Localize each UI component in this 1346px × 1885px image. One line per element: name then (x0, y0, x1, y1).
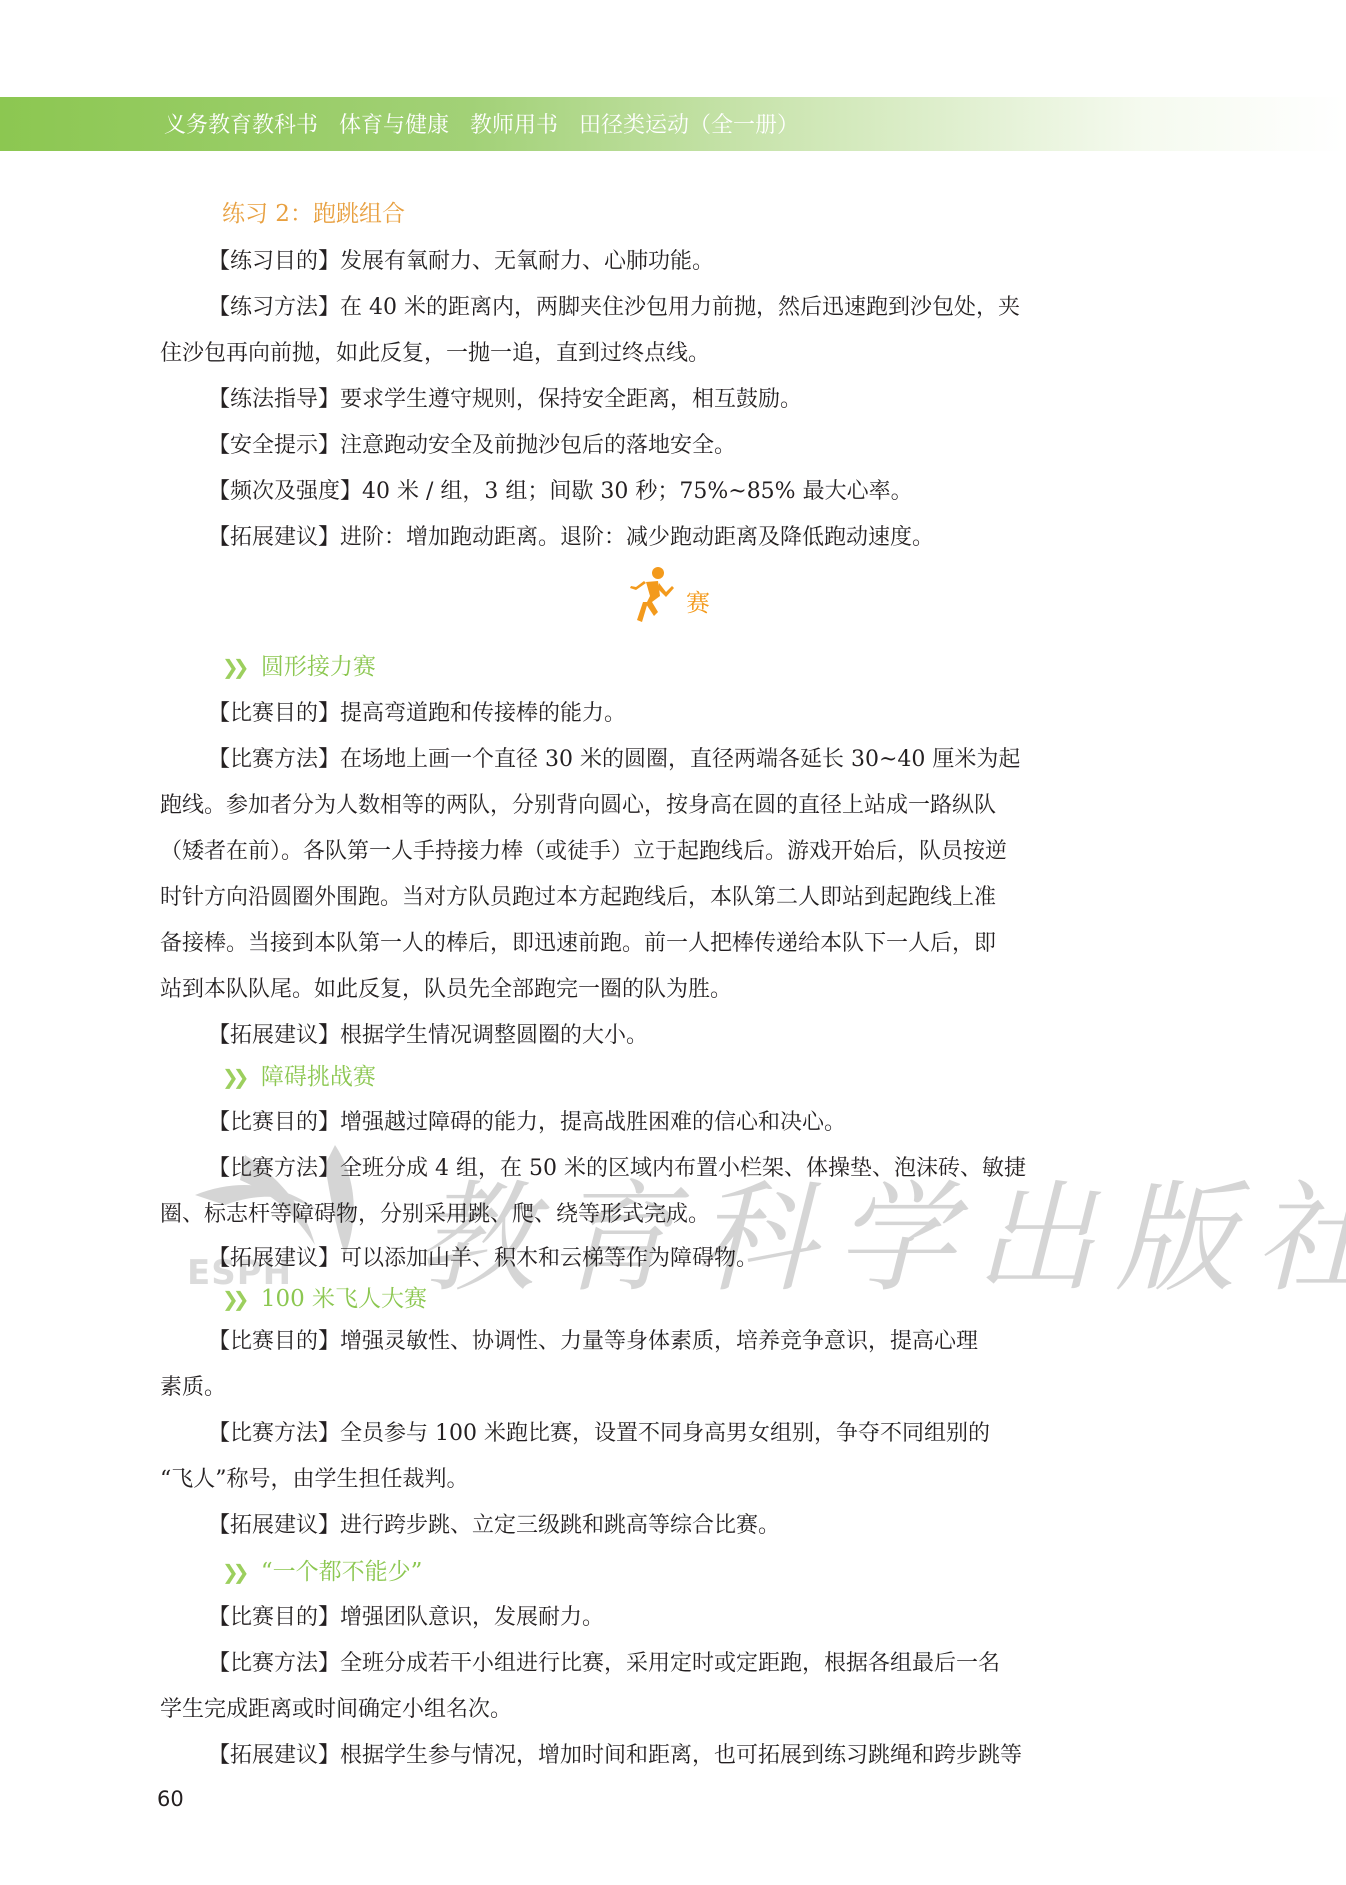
game-line: 【拓展建议】根据学生情况调整圆圈的大小。 (208, 1021, 648, 1051)
exercise-line: 【练法指导】要求学生遵守规则，保持安全距离，相互鼓励。 (208, 385, 802, 415)
game-line: 【拓展建议】进行跨步跳、立定三级跳和跳高等综合比赛。 (208, 1511, 780, 1541)
game-line: 【比赛方法】全班分成 4 组，在 50 米的区域内布置小栏架、体操垫、泡沫砖、敏… (208, 1154, 1026, 1184)
game-title: ❯❯ 圆形接力赛 (222, 652, 376, 682)
game-title: ❯❯ “一个都不能少” (222, 1557, 422, 1587)
game-title: ❯❯ 100 米飞人大赛 (222, 1284, 427, 1314)
game-line: 【比赛方法】在场地上画一个直径 30 米的圆圈，直径两端各延长 30~40 厘米… (208, 745, 1020, 775)
running-person-icon (628, 566, 674, 624)
game-title: ❯❯ 障碍挑战赛 (222, 1062, 376, 1092)
game-line: 【比赛方法】全班分成若干小组进行比赛，采用定时或定距跑，根据各组最后一名 (208, 1649, 1000, 1679)
exercise-line: 【练习目的】发展有氧耐力、无氧耐力、心肺功能。 (208, 247, 714, 277)
exercise-line: 【安全提示】注意跑动安全及前抛沙包后的落地安全。 (208, 431, 736, 461)
double-chevron-icon: ❯❯ (222, 1065, 244, 1089)
game-line: （矮者在前）。各队第一人手持接力棒（或徒手）立于起跑线后。游戏开始后，队员按逆 (160, 837, 1007, 867)
game-title-text: 障碍挑战赛 (261, 1064, 376, 1090)
book-title-header: 义务教育教科书 体育与健康 教师用书 田径类运动（全一册） (164, 108, 799, 139)
exercise-line: 【练习方法】在 40 米的距离内，两脚夹住沙包用力前抛，然后迅速跑到沙包处，夹 (208, 293, 1020, 323)
exercise-line: 【频次及强度】40 米 / 组，3 组；间歇 30 秒；75%~85% 最大心率… (208, 477, 913, 507)
section-label: 赛 (686, 583, 710, 618)
game-line: 【比赛目的】增强团队意识，发展耐力。 (208, 1603, 604, 1633)
game-line: 备接棒。当接到本队第一人的棒后，即迅速前跑。前一人把棒传递给本队下一人后，即 (160, 929, 996, 959)
exercise-line: 【拓展建议】进阶：增加跑动距离。退阶：减少跑动距离及降低跑动速度。 (208, 523, 934, 553)
section-heading-competition: 赛 (628, 566, 710, 624)
game-line: 【拓展建议】根据学生参与情况，增加时间和距离，也可拓展到练习跳绳和跨步跳等 (208, 1741, 1022, 1771)
double-chevron-icon: ❯❯ (222, 655, 244, 679)
game-line: 【比赛目的】增强灵敏性、协调性、力量等身体素质，培养竞争意识，提高心理 (208, 1327, 978, 1357)
game-title-text: “一个都不能少” (261, 1559, 423, 1585)
double-chevron-icon: ❯❯ (222, 1287, 244, 1311)
game-line: 圈、标志杆等障碍物，分别采用跳、爬、绕等形式完成。 (160, 1200, 710, 1230)
game-title-text: 100 米飞人大赛 (261, 1286, 427, 1312)
game-line: 学生完成距离或时间确定小组名次。 (160, 1695, 512, 1725)
exercise-title: 练习 2：跑跳组合 (222, 199, 405, 229)
exercise-line: 住沙包再向前抛，如此反复，一抛一追，直到过终点线。 (160, 339, 710, 369)
game-line: “飞人”称号，由学生担任裁判。 (160, 1465, 469, 1495)
page-number: 60 (157, 1787, 184, 1811)
game-line: 【比赛目的】增强越过障碍的能力，提高战胜困难的信心和决心。 (208, 1108, 846, 1138)
game-line: 【比赛方法】全员参与 100 米跑比赛，设置不同身高男女组别，争夺不同组别的 (208, 1419, 990, 1449)
game-line: 时针方向沿圆圈外围跑。当对方队员跑过本方起跑线后，本队第二人即站到起跑线上准 (160, 883, 996, 913)
game-title-text: 圆形接力赛 (261, 654, 376, 680)
double-chevron-icon: ❯❯ (222, 1560, 244, 1584)
game-line: 素质。 (160, 1373, 226, 1403)
game-line: 【拓展建议】可以添加山羊、积木和云梯等作为障碍物。 (208, 1244, 758, 1274)
game-line: 【比赛目的】提高弯道跑和传接棒的能力。 (208, 699, 626, 729)
game-line: 跑线。参加者分为人数相等的两队，分别背向圆心，按身高在圆的直径上站成一路纵队 (160, 791, 996, 821)
game-line: 站到本队队尾。如此反复，队员先全部跑完一圈的队为胜。 (160, 975, 732, 1005)
